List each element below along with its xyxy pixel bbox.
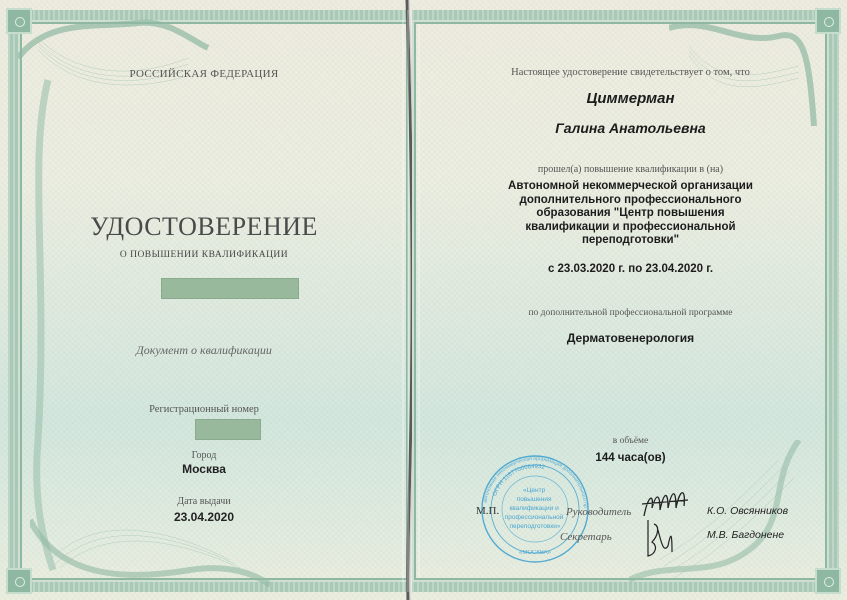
document-kind-label: Документ о квалификации	[0, 343, 408, 358]
stamp-place-label: М.П.	[476, 505, 499, 517]
signatory-name-director: К.О. Овсянников	[707, 505, 788, 517]
corner-ornament-icon	[6, 568, 32, 594]
issue-date-value: 23.04.2020	[0, 510, 408, 524]
organization-line: дополнительного профессионального	[414, 194, 847, 208]
signatory-role-director: Руководитель	[566, 506, 631, 518]
svg-text:«МОСКВА»: «МОСКВА»	[519, 550, 552, 556]
training-period: с 23.03.2020 г. по 23.04.2020 г.	[414, 263, 847, 275]
organization-name: Автономной некоммерческой организации до…	[414, 180, 847, 248]
organization-line: квалификации и профессиональной	[414, 221, 847, 235]
city-value: Москва	[0, 462, 408, 476]
organization-line: переподготовки"	[414, 234, 847, 248]
document-subtitle: О ПОВЫШЕНИИ КВАЛИФИКАЦИИ	[0, 250, 408, 260]
corner-ornament-icon	[815, 568, 841, 594]
certificate-intro: Настоящее удостоверение свидетельствует …	[414, 67, 847, 78]
left-page: РОССИЙСКАЯ ФЕДЕРАЦИЯ УДОСТОВЕРЕНИЕ О ПОВ…	[0, 0, 408, 600]
volume-hours: 144 часа(ов)	[414, 452, 847, 464]
holder-name: Галина Анатольевна	[414, 120, 847, 136]
program-name: Дерматовенерология	[414, 331, 847, 345]
signatory-name-secretary: М.В. Багдонене	[707, 529, 784, 541]
corner-ornament-icon	[6, 8, 32, 34]
secretary-signature-icon	[642, 516, 676, 560]
corner-ornament-icon	[815, 8, 841, 34]
svg-text:«Центр повышения к: «Центр повышения квалификации и професси…	[505, 487, 566, 530]
country-label: РОССИЙСКАЯ ФЕДЕРАЦИЯ	[0, 68, 408, 80]
program-label: по дополнительной профессиональной прогр…	[414, 308, 847, 318]
holder-surname: Циммерман	[414, 90, 847, 107]
organization-line: образования "Центр повышения	[414, 207, 847, 221]
volume-label: в объёме	[414, 436, 847, 446]
redacted-certificate-number	[161, 278, 299, 299]
issue-date-label: Дата выдачи	[0, 496, 408, 507]
organization-line: Автономной некоммерческой организации	[414, 180, 847, 194]
signatory-role-secretary: Секретарь	[560, 531, 612, 543]
training-passed-label: прошел(а) повышение квалификации в (на)	[414, 164, 847, 175]
document-title: УДОСТОВЕРЕНИЕ	[0, 212, 408, 242]
registration-number-label: Регистрационный номер	[0, 404, 408, 415]
redacted-registration-number	[195, 419, 261, 440]
certificate-spread: РОССИЙСКАЯ ФЕДЕРАЦИЯ УДОСТОВЕРЕНИЕ О ПОВ…	[0, 0, 847, 600]
guilloche-ornament-icon	[18, 18, 218, 98]
city-label: Город	[0, 450, 408, 461]
